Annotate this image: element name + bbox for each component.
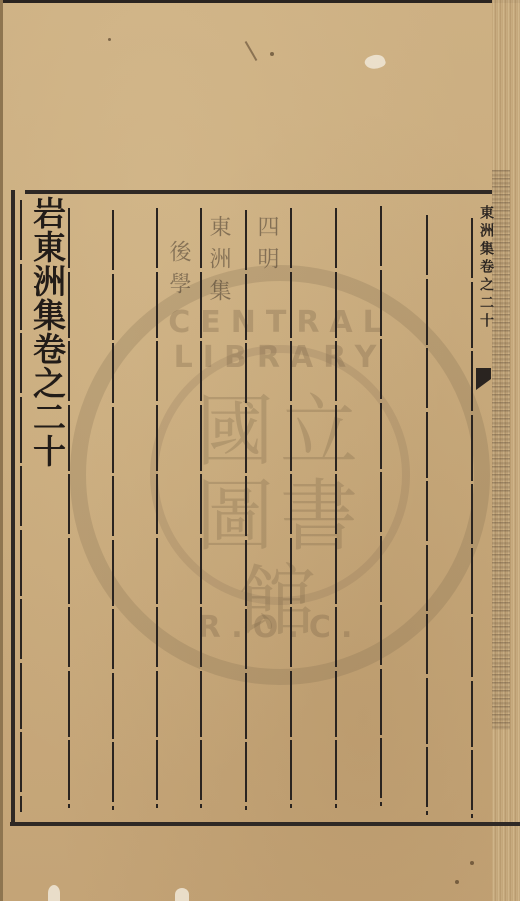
- column-rule: [426, 215, 428, 815]
- column-rule: [156, 208, 158, 808]
- column-rule: [335, 208, 337, 808]
- frame-bottom-border: [10, 822, 520, 826]
- ink-stain: [455, 880, 459, 884]
- paper-tear: [175, 888, 189, 901]
- paper-tear: [363, 52, 387, 72]
- ink-stain: [470, 861, 474, 865]
- frame-left-border: [11, 190, 15, 826]
- column-rule: [245, 210, 247, 810]
- ink-stain: [270, 52, 274, 56]
- scan-top-edge: [0, 0, 520, 3]
- page-stack-texture: [492, 170, 510, 730]
- volume-title: 岩東洲集卷之二十: [27, 196, 67, 468]
- column-rule: [290, 208, 292, 808]
- column-rule: [200, 208, 202, 808]
- column-rule: [68, 208, 70, 808]
- scan-left-edge: [0, 0, 3, 901]
- book-page: CENTRAL LIBRARY R.O.C. 國立圖書館 岩東洲集卷之二十 東洲…: [0, 0, 520, 901]
- ink-stain: [108, 38, 111, 41]
- column-rule: [380, 206, 382, 806]
- column-rule: [20, 200, 22, 812]
- seal-center-text: 國立圖書館: [175, 390, 385, 560]
- frame-top-border: [25, 190, 492, 194]
- faded-text-column: 後學: [166, 240, 190, 304]
- fold-margin-title: 東洲集卷之二十: [478, 205, 494, 331]
- faded-text-column: 四明: [254, 215, 278, 279]
- column-rule: [471, 218, 473, 818]
- fiber-mark: [245, 41, 258, 61]
- column-rule: [112, 210, 114, 810]
- faded-text-column: 東洲集: [206, 215, 230, 311]
- paper-tear: [48, 885, 60, 901]
